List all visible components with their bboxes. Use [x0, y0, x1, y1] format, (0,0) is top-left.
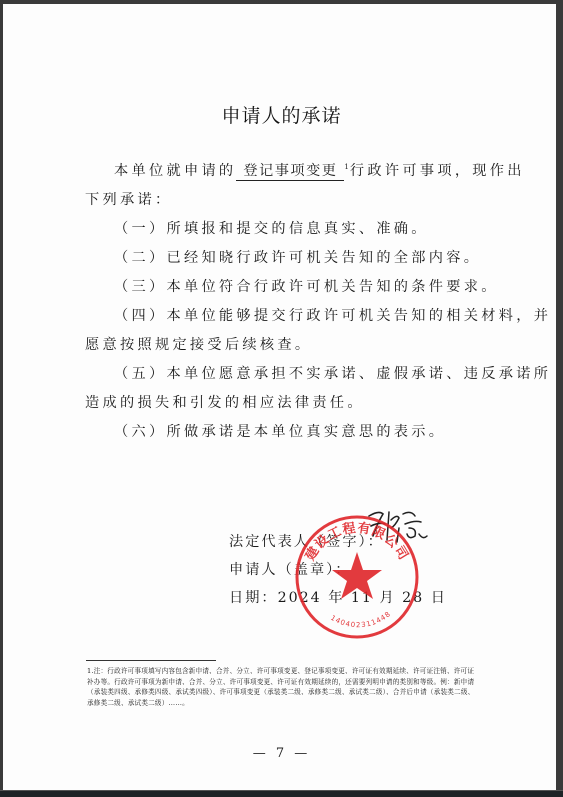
page-title: 申请人的承诺 [0, 101, 563, 128]
footnote-text: 1.注：行政许可事项填写内容包含新申请、合并、分立、许可事项变更、登记事项变更、… [87, 666, 477, 708]
page-top-shadow [100, 0, 460, 3]
footnote-divider [86, 660, 216, 661]
filled-item-field: 登记事项变更 [236, 160, 344, 181]
intro-suffix: 行政许可事项，现作出 [350, 163, 525, 179]
commitment-4-cont: 愿意按照规定接受后续核查。 [85, 334, 312, 354]
commitment-2: （二）已经知晓行政许可机关告知的全部内容。 [114, 247, 481, 267]
commitment-5: （五）本单位愿意承担不实承诺、虚假承诺、违反承诺所 [114, 363, 551, 383]
commitment-4: （四）本单位能够提交行政许可机关告知的相关材料，并 [114, 305, 551, 325]
commitment-6: （六）所做承诺是本单位真实意思的表示。 [114, 421, 446, 441]
date-label: 日期： [229, 590, 278, 606]
intro-continuation: 下列承诺： [85, 189, 172, 209]
page-number: — 7 — [0, 746, 563, 761]
svg-text:140402311448: 140402311448 [329, 610, 392, 630]
commitment-5-cont: 造成的损失和引发的相应法律责任。 [85, 392, 365, 412]
company-seal-stamp: 建设工程有限公司 140402311448 [292, 512, 422, 642]
intro-prefix: 本单位就申请的 [114, 163, 236, 179]
viewer-bottom-bar [0, 790, 563, 797]
commitment-1: （一）所填报和提交的信息真实、准确。 [114, 218, 429, 238]
intro-line: 本单位就申请的登记事项变更1行政许可事项，现作出 [114, 160, 525, 181]
seal-number: 140402311448 [329, 610, 392, 630]
footnote-ref: 1 [344, 163, 348, 171]
commitment-3: （三）本单位符合行政许可机关告知的条件要求。 [114, 276, 499, 296]
